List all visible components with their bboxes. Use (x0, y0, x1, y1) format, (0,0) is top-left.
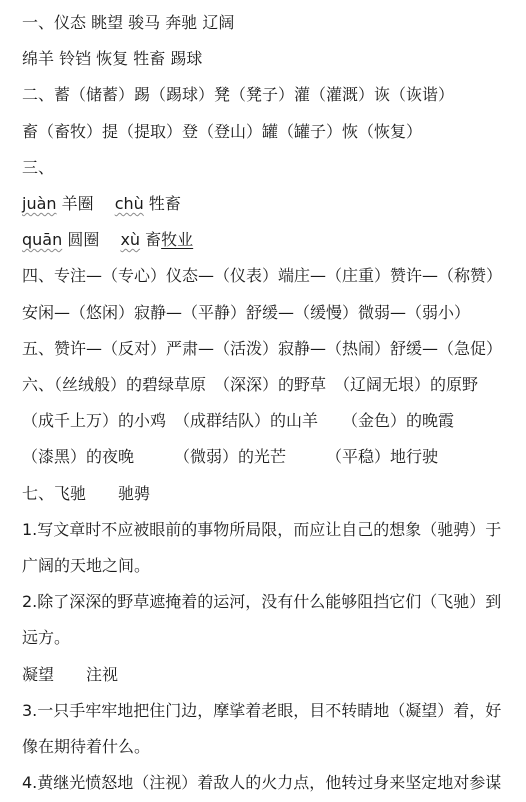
text-run: 七、飞驰 驰骋 (22, 484, 150, 503)
section-7-item-1a: 1.写文章时不应被眼前的事物所局限，而应让自己的想象（驰骋）于 (22, 512, 512, 548)
section-1-row-1: 一、仪态 眺望 骏马 奔驰 辽阔 (22, 5, 512, 41)
text-run: 2.除了深深的野草遮掩着的运河，没有什么能够阻挡它们（飞驰）到 (22, 592, 501, 611)
pinyin-word: xù (120, 230, 140, 249)
text-run: 六、（丝绒般）的碧绿草原 （深深）的野草 （辽阔无垠）的原野 (22, 375, 478, 394)
text-run: 像在期待着什么。 (22, 737, 150, 756)
pinyin-word: chù (115, 194, 144, 213)
document-page: 一、仪态 眺望 骏马 奔驰 辽阔绵羊 铃铛 恢复 牲畜 踢球二、蓄（储蓄）踢（踢… (0, 0, 526, 801)
text-run: 畜 (140, 230, 161, 249)
pinyin-word: quān (22, 230, 62, 249)
text-run: 二、蓄（储蓄）踢（踢球）凳（凳子）灌（灌溉）诙（诙谐） (22, 85, 454, 104)
section-3-row-1: juàn 羊圈 chù 牲畜 (22, 186, 512, 222)
text-run: 远方。 (22, 628, 70, 647)
section-7-item-3a: 3.一只手牢牢地把住门边，摩挲着老眼，目不转睛地（凝望）着，好 (22, 693, 512, 729)
section-1-row-2: 绵羊 铃铛 恢复 牲畜 踢球 (22, 41, 512, 77)
text-run: （成千上万）的小鸡 （成群结队）的山羊 （金色）的晚霞 (22, 411, 454, 430)
section-6-row-1: 六、（丝绒般）的碧绿草原 （深深）的野草 （辽阔无垠）的原野 (22, 367, 512, 403)
section-7-item-3b: 像在期待着什么。 (22, 729, 512, 765)
pinyin-word: juàn (22, 194, 57, 213)
section-5-row-1: 五、赞许—（反对）严肃—（活泼）寂静—（热闹）舒缓—（急促） (22, 331, 512, 367)
section-2-row-1: 二、蓄（储蓄）踢（踢球）凳（凳子）灌（灌溉）诙（诙谐） (22, 77, 512, 113)
section-4-row-2: 安闲—（悠闲）寂静—（平静）舒缓—（缓慢）微弱—（弱小） (22, 295, 512, 331)
section-2-row-2: 畜（畜牧）提（提取）登（登山）罐（罐子）恢（恢复） (22, 114, 512, 150)
section-7-item-2b: 远方。 (22, 620, 512, 656)
section-7-item-4: 4.黄继光愤怒地（注视）着敌人的火力点，他转过身来坚定地对参谋 (22, 765, 512, 801)
section-3-row-2: quān 圆圈 xù 畜牧业 (22, 222, 512, 258)
text-run: 畜（畜牧）提（提取）登（登山）罐（罐子）恢（恢复） (22, 122, 422, 141)
section-4-row-1: 四、专注—（专心）仪态—（仪表）端庄—（庄重）赞许—（称赞） (22, 258, 512, 294)
section-6-row-2: （成千上万）的小鸡 （成群结队）的山羊 （金色）的晚霞 (22, 403, 512, 439)
text-run: 3.一只手牢牢地把住门边，摩挲着老眼，目不转睛地（凝望）着，好 (22, 701, 501, 720)
text-run: 羊圈 (57, 194, 115, 213)
text-run: 一、仪态 眺望 骏马 奔驰 辽阔 (22, 13, 234, 32)
text-run: 三、 (22, 158, 54, 177)
text-run: 四、专注—（专心）仪态—（仪表）端庄—（庄重）赞许—（称赞） (22, 266, 502, 285)
text-run: 圆圈 (62, 230, 120, 249)
section-7-heading: 七、飞驰 驰骋 (22, 476, 512, 512)
underlined-word: 牧业 (161, 230, 193, 249)
text-run: （漆黑）的夜晚 （微弱）的光芒 （平稳）地行驶 (22, 447, 438, 466)
text-run: 五、赞许—（反对）严肃—（活泼）寂静—（热闹）舒缓—（急促） (22, 339, 502, 358)
section-6-row-3: （漆黑）的夜晚 （微弱）的光芒 （平稳）地行驶 (22, 439, 512, 475)
text-run: 牲畜 (144, 194, 181, 213)
text-run: 安闲—（悠闲）寂静—（平静）舒缓—（缓慢）微弱—（弱小） (22, 303, 470, 322)
section-7-item-2a: 2.除了深深的野草遮掩着的运河，没有什么能够阻挡它们（飞驰）到 (22, 584, 512, 620)
text-run: 凝望 注视 (22, 665, 118, 684)
text-run: 广阔的天地之间。 (22, 556, 150, 575)
text-run: 4.黄继光愤怒地（注视）着敌人的火力点，他转过身来坚定地对参谋 (22, 773, 501, 792)
text-run: 绵羊 铃铛 恢复 牲畜 踢球 (22, 49, 202, 68)
section-7-words: 凝望 注视 (22, 657, 512, 693)
text-run: 1.写文章时不应被眼前的事物所局限，而应让自己的想象（驰骋）于 (22, 520, 501, 539)
section-7-item-1b: 广阔的天地之间。 (22, 548, 512, 584)
section-3-heading: 三、 (22, 150, 512, 186)
